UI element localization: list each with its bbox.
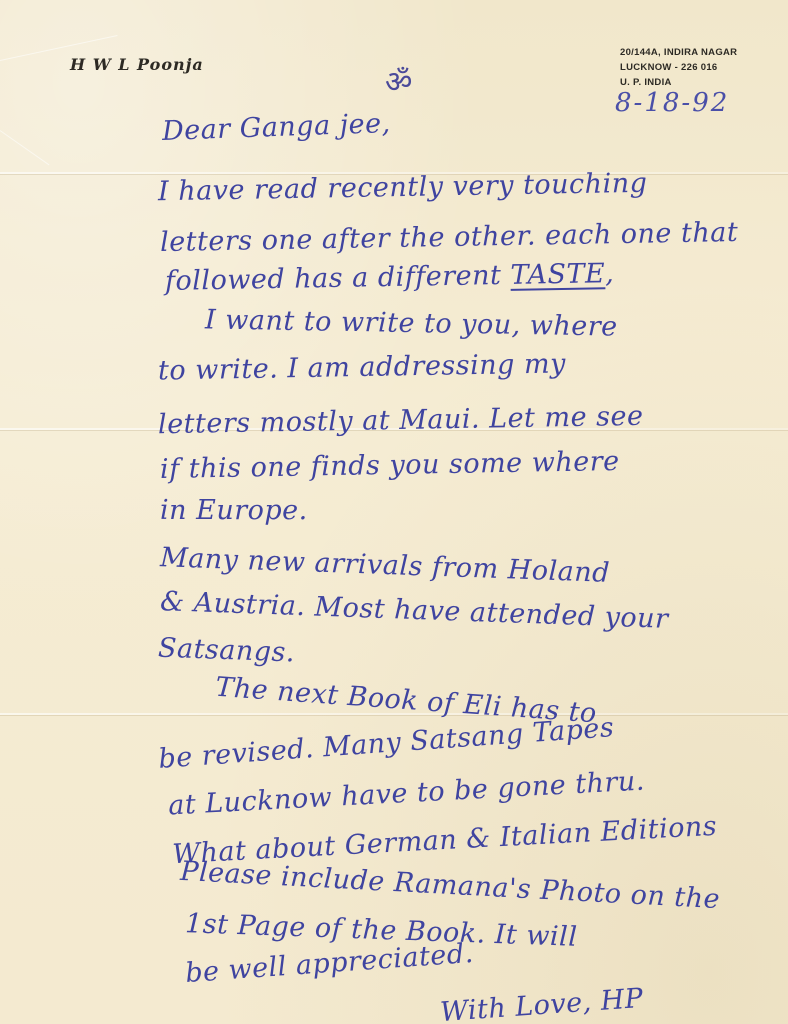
letter-text: followed has a different (165, 260, 502, 297)
om-symbol-icon: ॐ (385, 60, 412, 101)
address-line: 20/144A, INDIRA NAGAR (620, 45, 737, 60)
punctuation: , (605, 258, 615, 289)
underlined-word: TASTE (510, 258, 605, 291)
letter-line: Satsangs. (158, 633, 296, 669)
address-line: LUCKNOW - 226 016 (620, 60, 737, 75)
letterhead-name: H W L Poonja (70, 55, 204, 74)
letter-date: 8-18-92 (615, 88, 729, 118)
letter-line: in Europe. (160, 495, 308, 526)
letterhead-address: 20/144A, INDIRA NAGAR LUCKNOW - 226 016 … (620, 45, 737, 90)
